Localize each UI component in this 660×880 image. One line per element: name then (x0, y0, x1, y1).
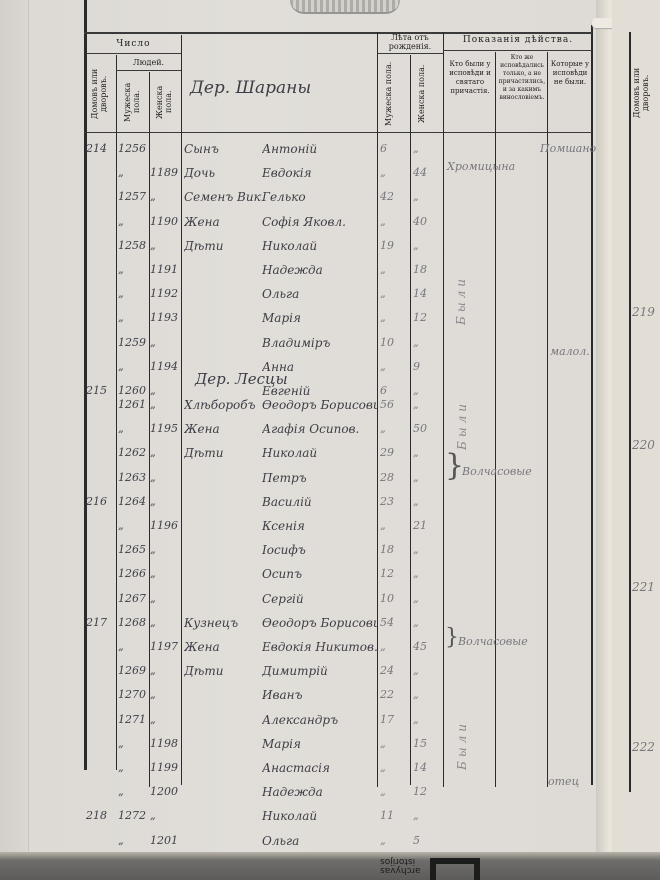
table-row: 1270„Иванъ22„ (0, 688, 600, 710)
male-number: „ (118, 215, 149, 228)
female-number: „ (150, 190, 181, 203)
age-female: 21 (413, 519, 443, 532)
female-number: 1191 (150, 263, 181, 276)
female-number: 1196 (150, 519, 181, 532)
male-number: 1265 (118, 543, 149, 556)
male-number: „ (118, 287, 149, 300)
male-number: 1262 (118, 446, 149, 459)
female-number: „ (150, 688, 181, 701)
female-number: 1194 (150, 360, 181, 373)
house-number: 217 (86, 616, 116, 629)
person-name: Николай (262, 446, 377, 460)
female-number: 1190 (150, 215, 181, 228)
female-number: „ (150, 495, 181, 508)
age-female: „ (413, 384, 443, 397)
person-name: Василій (262, 495, 377, 509)
female-number: 1195 (150, 422, 181, 435)
header-bottom-rule (84, 132, 592, 133)
brace-icon: } (445, 625, 459, 650)
role-or-surname: Кузнецъ (184, 616, 262, 630)
female-number: „ (150, 239, 181, 252)
male-number: „ (118, 311, 149, 324)
person-name: Надежда (262, 785, 377, 799)
age-male: „ (380, 737, 410, 750)
person-name: Николай (262, 239, 377, 253)
archive-stamp-line: archyvas (380, 865, 421, 874)
annotation-brace-note-2: Волчасовые (458, 635, 528, 648)
male-number: „ (118, 834, 149, 847)
female-number: „ (150, 446, 181, 459)
age-female: 44 (413, 166, 443, 179)
female-number: „ (150, 664, 181, 677)
age-female: „ (413, 398, 443, 411)
printed-ornament (290, 0, 400, 14)
person-name: Сергій (262, 592, 377, 606)
adjacent-page-border (629, 32, 631, 792)
person-name: Анастасія (262, 761, 377, 775)
annotation-bottom-note: отец (548, 775, 579, 788)
adjacent-house-number: 220 (632, 438, 655, 452)
person-name: Осипъ (262, 567, 377, 581)
age-female: „ (413, 664, 443, 677)
age-female: „ (413, 446, 443, 459)
age-female: „ (413, 713, 443, 726)
female-number: „ (150, 713, 181, 726)
male-number: 1258 (118, 239, 149, 252)
male-number: 1264 (118, 495, 149, 508)
house-number: 216 (86, 495, 116, 508)
age-male: „ (380, 519, 410, 532)
age-male: 29 (380, 446, 410, 459)
table-row: 1257„Семенъ ВикторъГелько42„ (0, 190, 600, 212)
age-female: „ (413, 592, 443, 605)
age-female: 14 (413, 287, 443, 300)
female-number: 1201 (150, 834, 181, 847)
person-name: Ольга (262, 834, 377, 848)
header-sub-rule-3 (377, 53, 443, 54)
header-sub-rule-4 (443, 50, 592, 51)
header-col-ne-byli: Которые у исповѣди не были. (549, 60, 591, 87)
female-number: „ (150, 567, 181, 580)
header-sub-rule-1 (86, 53, 181, 54)
person-name: Евгеній (262, 384, 377, 398)
table-row: 1265„Іосифъ18„ (0, 543, 600, 565)
age-male: „ (380, 263, 410, 276)
age-female: 5 (413, 834, 443, 847)
person-name: Марія (262, 311, 377, 325)
person-name: Агафія Осипов. (262, 422, 377, 436)
person-name: Димитрій (262, 664, 377, 678)
female-number: „ (150, 543, 181, 556)
age-male: „ (380, 785, 410, 798)
table-row: „1199Анастасія„14 (0, 761, 600, 783)
age-female: 40 (413, 215, 443, 228)
male-number: „ (118, 263, 149, 276)
annotation-byli-vertical-2: Были (455, 395, 469, 450)
person-name: Антоній (262, 142, 377, 156)
age-female: 50 (413, 422, 443, 435)
role-or-surname: Жена (184, 215, 262, 229)
annotation-ne-byli-top: Помшано (540, 142, 596, 155)
age-male: 24 (380, 664, 410, 677)
role-or-surname: Дочь (184, 166, 262, 180)
role-or-surname: Семенъ Викторъ (184, 190, 262, 204)
header-col-ispovedalis: Кто же исповѣдались только, а не причаст… (497, 54, 547, 102)
age-female: „ (413, 688, 443, 701)
annotation-byli-top: Хромицына (447, 160, 515, 173)
header-leta: Лѣта отъ рожденія. (379, 33, 441, 51)
age-male: 54 (380, 616, 410, 629)
archive-stamp: archyvas istorijos (380, 856, 421, 874)
age-male: 28 (380, 471, 410, 484)
female-number: „ (150, 398, 181, 411)
person-name: Софія Яковл. (262, 215, 377, 229)
age-male: 23 (380, 495, 410, 508)
age-male: 10 (380, 592, 410, 605)
table-row: 1269„ДѣтиДимитрій24„ (0, 664, 600, 686)
annotation-brace-note-1: Волчасовые (462, 465, 532, 478)
age-female: „ (413, 471, 443, 484)
person-name: Ольга (262, 287, 377, 301)
age-female: 14 (413, 761, 443, 774)
person-name: Евдокія Никитов. (262, 640, 377, 654)
male-number: 1256 (118, 142, 149, 155)
table-row: „1194Анна„9 (0, 360, 600, 382)
role-or-surname: Дѣти (184, 664, 262, 678)
male-number: 1263 (118, 471, 149, 484)
age-female: „ (413, 616, 443, 629)
person-name: Надежда (262, 263, 377, 277)
house-number: 214 (86, 142, 116, 155)
age-female: „ (413, 190, 443, 203)
person-name: Гелько (262, 190, 377, 204)
archive-logo-icon (430, 858, 480, 880)
scanner-bed (0, 852, 660, 880)
person-name: Иванъ (262, 688, 377, 702)
female-number: „ (150, 336, 181, 349)
header-pokazaniya: Показанія дѣйства. (445, 36, 591, 45)
age-male: „ (380, 360, 410, 373)
header-leta-zhen: Женска пола. (417, 58, 437, 130)
female-number: „ (150, 471, 181, 484)
age-male: 42 (380, 190, 410, 203)
male-number: „ (118, 737, 149, 750)
house-number: 215 (86, 384, 116, 397)
role-or-surname: Жена (184, 640, 262, 654)
table-row: „1200Надежда„12 (0, 785, 600, 807)
age-male: „ (380, 311, 410, 324)
role-or-surname: Дѣти (184, 239, 262, 253)
role-or-surname: Сынъ (184, 142, 262, 156)
male-number: 1272 (118, 809, 149, 822)
header-top-rule (84, 32, 592, 34)
person-name: Анна (262, 360, 377, 374)
adjacent-house-number: 222 (632, 740, 655, 754)
house-number: 218 (86, 809, 116, 822)
age-female: „ (413, 809, 443, 822)
age-female: „ (413, 142, 443, 155)
male-number: 1266 (118, 567, 149, 580)
male-number: „ (118, 761, 149, 774)
adjacent-header-domov: Домовъ или дворовъ. (632, 58, 656, 128)
age-male: „ (380, 834, 410, 847)
archive-stamp-line: istorijos (380, 856, 421, 865)
table-row: „1191Надежда„18 (0, 263, 600, 285)
age-male: „ (380, 422, 410, 435)
table-row: 1258„ДѣтиНиколай19„ (0, 239, 600, 261)
header-sub-rule-2 (116, 70, 181, 71)
header-leta-muzh: Мужеска пола. (384, 58, 404, 130)
person-name: Іосифъ (262, 543, 377, 557)
header-col-byli: Кто были у исповѣди и святаго причастія. (445, 60, 495, 96)
header-lyudey: Людей. (116, 58, 181, 67)
person-name: Марія (262, 737, 377, 751)
age-male: 18 (380, 543, 410, 556)
male-number: 1257 (118, 190, 149, 203)
age-female: „ (413, 336, 443, 349)
table-row: 2181272„Николай11„ (0, 809, 600, 831)
female-number: 1200 (150, 785, 181, 798)
male-number: „ (118, 640, 149, 653)
table-row: „1195ЖенаАгафія Осипов.„50 (0, 422, 600, 444)
person-name: Евдокія (262, 166, 377, 180)
header-muzh-pola: Мужеска пола. (123, 74, 143, 130)
role-or-surname: Дѣти (184, 446, 262, 460)
female-number: „ (150, 384, 181, 397)
village-heading: Дер. Шараны (190, 78, 311, 98)
table-row: 1266„Осипъ12„ (0, 567, 600, 589)
role-or-surname: Жена (184, 422, 262, 436)
male-number: 1267 (118, 592, 149, 605)
female-number: 1189 (150, 166, 181, 179)
person-name: Өеодоръ Борисовичъ (262, 398, 377, 412)
age-male: 12 (380, 567, 410, 580)
age-female: 45 (413, 640, 443, 653)
age-female: „ (413, 567, 443, 580)
age-male: 19 (380, 239, 410, 252)
female-number: „ (150, 616, 181, 629)
male-number: 1259 (118, 336, 149, 349)
male-number: 1268 (118, 616, 149, 629)
age-male: „ (380, 215, 410, 228)
table-row: 1261„ХлѣборобъӨеодоръ Борисовичъ56„ (0, 398, 600, 420)
adjacent-house-number: 221 (632, 580, 655, 594)
age-female: 15 (413, 737, 443, 750)
female-number: „ (150, 592, 181, 605)
female-number: 1193 (150, 311, 181, 324)
table-row: „1192Ольга„14 (0, 287, 600, 309)
age-female: „ (413, 495, 443, 508)
header-zhen-pola: Женска пола. (155, 74, 175, 130)
person-name: Николай (262, 809, 377, 823)
table-row: 1259„Владиміръ10„ (0, 336, 600, 358)
person-name: Ксенія (262, 519, 377, 533)
adjacent-page: Домовъ или дворовъ. 219 220 221 222 (612, 0, 660, 852)
age-male: „ (380, 287, 410, 300)
header-chislo: Число (86, 40, 181, 49)
annotation-byli-vertical-1: Были (454, 185, 468, 325)
age-male: 22 (380, 688, 410, 701)
table-row: 1267„Сергій10„ (0, 592, 600, 614)
age-male: 11 (380, 809, 410, 822)
female-number: 1199 (150, 761, 181, 774)
age-male: 6 (380, 384, 410, 397)
person-name: Владиміръ (262, 336, 377, 350)
male-number: „ (118, 166, 149, 179)
male-number: „ (118, 360, 149, 373)
age-male: „ (380, 166, 410, 179)
table-row: „1198Марія„15 (0, 737, 600, 759)
female-number: 1198 (150, 737, 181, 750)
role-or-surname: Хлѣборобъ (184, 398, 262, 412)
table-row: „1190ЖенаСофія Яковл.„40 (0, 215, 600, 237)
female-number: 1192 (150, 287, 181, 300)
age-female: „ (413, 239, 443, 252)
table-row: „1193Марія„12 (0, 311, 600, 333)
age-male: 10 (380, 336, 410, 349)
age-female: „ (413, 543, 443, 556)
annotation-ne-byli-mid: малол. (550, 345, 590, 358)
male-number: „ (118, 785, 149, 798)
age-female: 12 (413, 311, 443, 324)
age-female: 18 (413, 263, 443, 276)
person-name: Петръ (262, 471, 377, 485)
female-number: 1197 (150, 640, 181, 653)
female-number: „ (150, 809, 181, 822)
male-number: 1260 (118, 384, 149, 397)
age-male: 56 (380, 398, 410, 411)
age-male: „ (380, 640, 410, 653)
register-page: Число Людей. Домовъ или дворовъ. Мужеска… (0, 0, 612, 852)
male-number: „ (118, 519, 149, 532)
male-number: 1271 (118, 713, 149, 726)
age-male: „ (380, 761, 410, 774)
table-row: 2161264„Василій23„ (0, 495, 600, 517)
person-name: Александръ (262, 713, 377, 727)
table-row: 1271„Александръ17„ (0, 713, 600, 735)
age-female: 9 (413, 360, 443, 373)
male-number: „ (118, 422, 149, 435)
table-row: „1196Ксенія„21 (0, 519, 600, 541)
male-number: 1270 (118, 688, 149, 701)
male-number: 1261 (118, 398, 149, 411)
person-name: Өеодоръ Борисовичъ (262, 616, 377, 630)
header-domov: Домовъ или дворовъ. (90, 58, 114, 130)
adjacent-house-number: 219 (632, 305, 655, 319)
male-number: 1269 (118, 664, 149, 677)
age-male: 17 (380, 713, 410, 726)
age-male: 6 (380, 142, 410, 155)
age-female: 12 (413, 785, 443, 798)
